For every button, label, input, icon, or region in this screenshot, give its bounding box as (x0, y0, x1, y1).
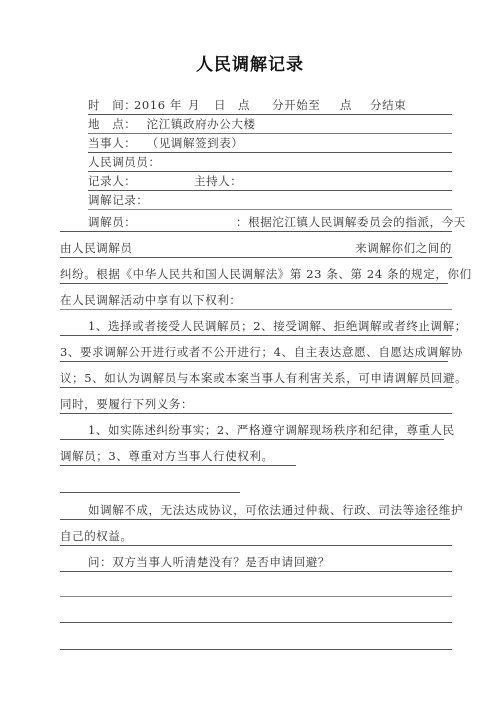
body-text: 如调解不成，无法达成协议，可依法通过仲裁、行政、司法等途径维护 (88, 502, 463, 519)
field-place-value[interactable]: 沱江镇政府办公大楼 (147, 117, 256, 131)
failure-line-2: 自己的权益。 (60, 528, 133, 545)
underline (60, 309, 452, 310)
underline (60, 545, 452, 546)
underline (88, 209, 452, 210)
field-time-hour: 点 (238, 97, 250, 114)
mediator-label: 调解员： (88, 214, 136, 231)
body-text: ：根据沱江镇人民调解委员会的指派，今天 (236, 214, 466, 231)
underline (60, 387, 452, 388)
underline (88, 133, 452, 134)
underline (88, 152, 452, 153)
underline (60, 465, 296, 466)
body-text: 1、选择或者接受人民调解员；2、接受调解、拒绝调解或者终止调解； (88, 318, 467, 335)
field-mediator-label: 人民调员员： (88, 155, 161, 169)
question-text: 问：双方当事人听清楚没有？是否申请回避？ (88, 554, 330, 571)
field-recorder-label: 记录人： (88, 173, 136, 190)
rights-line-2: 3、要求调解公开进行或者不公开进行；4、自主表达意愿、自愿达成调解协 (60, 344, 463, 361)
rights-line-3: 议；5、如认为调解员与本案或本案当事人有利害关系，可申请调解员回避。 (60, 370, 467, 387)
duties-line-2: 调解员；3、尊重对方当事人行使权利。 (60, 448, 274, 465)
field-time-end-hour: 点 (340, 97, 352, 114)
field-place-label: 地 点： (88, 117, 136, 131)
body-text: 自己的权益。 (60, 529, 133, 543)
underline (60, 413, 452, 414)
body-text: 来调解你们之间的 (355, 240, 452, 257)
failure-line-1: 如调解不成，无法达成协议，可依法通过仲裁、行政、司法等途径维护 (60, 502, 452, 519)
underline (88, 190, 452, 191)
field-mediator: 人民调员员： (88, 154, 161, 171)
body-text: 调解员；3、尊重对方当事人行使权利。 (60, 449, 274, 463)
underline (60, 439, 444, 440)
answer-line[interactable] (60, 622, 452, 623)
field-host-label: 主持人： (194, 173, 242, 190)
field-record-label: 调解记录： (88, 193, 149, 207)
answer-line[interactable] (60, 649, 452, 650)
body-text: 由人民调解员 (60, 240, 133, 257)
underline (60, 519, 450, 520)
underline (60, 571, 452, 572)
field-time-month: 月 (188, 97, 200, 114)
body-text: 在人民调解活动中享有以下权利： (60, 293, 242, 307)
field-parties-label: 当事人： (88, 136, 136, 150)
field-place: 地 点： 沱江镇政府办公大楼 (88, 116, 256, 133)
field-time-label: 时 间： (88, 97, 136, 114)
field-recorder-host: 记录人： 主持人： (88, 173, 452, 190)
body-line-4: 在人民调解活动中享有以下权利： (60, 292, 242, 309)
duties-line-1: 1、如实陈述纠纷事实；2、严格遵守调解现场秩序和纪律，尊重人民 (60, 422, 452, 439)
field-time-year: 2016 年 (134, 97, 182, 114)
question-line: 问：双方当事人听清楚没有？是否申请回避？ (60, 554, 452, 571)
underline (60, 283, 448, 284)
body-text: 同时，要履行下列义务： (60, 397, 193, 411)
field-time-start-min: 分开始至 (272, 97, 320, 114)
body-line-3: 纠纷。根据《中华人民共和国人民调解法》第 23 条、第 24 条的规定，你们 (60, 266, 472, 283)
underline (60, 361, 448, 362)
field-parties: 当事人： （见调解签到表） (88, 135, 243, 152)
underline (88, 171, 452, 172)
underline (60, 231, 452, 232)
underline (88, 114, 452, 115)
body-line-2: 由人民调解员 来调解你们之间的 (60, 240, 452, 257)
field-parties-value[interactable]: （见调解签到表） (147, 136, 244, 150)
field-record: 调解记录： (88, 192, 149, 209)
field-time-day: 日 (214, 97, 226, 114)
body-text: 议；5、如认为调解员与本案或本案当事人有利害关系，可申请调解员回避。 (60, 371, 467, 385)
underline (60, 257, 452, 258)
body-text: 3、要求调解公开进行或者不公开进行；4、自主表达意愿、自愿达成调解协 (60, 345, 463, 359)
field-time: 时 间： 2016 年 月 日 点 分开始至 点 分结束 (88, 97, 452, 114)
document-title: 人民调解记录 (0, 50, 500, 75)
body-text: 1、如实陈述纠纷事实；2、严格遵守调解现场秩序和纪律，尊重人民 (88, 422, 455, 439)
body-text: 纠纷。根据《中华人民共和国人民调解法》第 23 条、第 24 条的规定，你们 (60, 267, 472, 281)
duties-intro: 同时，要履行下列义务： (60, 396, 193, 413)
underline (60, 335, 452, 336)
field-time-end-min: 分结束 (370, 97, 406, 114)
underline (60, 492, 240, 493)
rights-line-1: 1、选择或者接受人民调解员；2、接受调解、拒绝调解或者终止调解； (60, 318, 452, 335)
body-line-1: 调解员： ：根据沱江镇人民调解委员会的指派，今天 (60, 214, 452, 231)
answer-line[interactable] (60, 596, 452, 597)
